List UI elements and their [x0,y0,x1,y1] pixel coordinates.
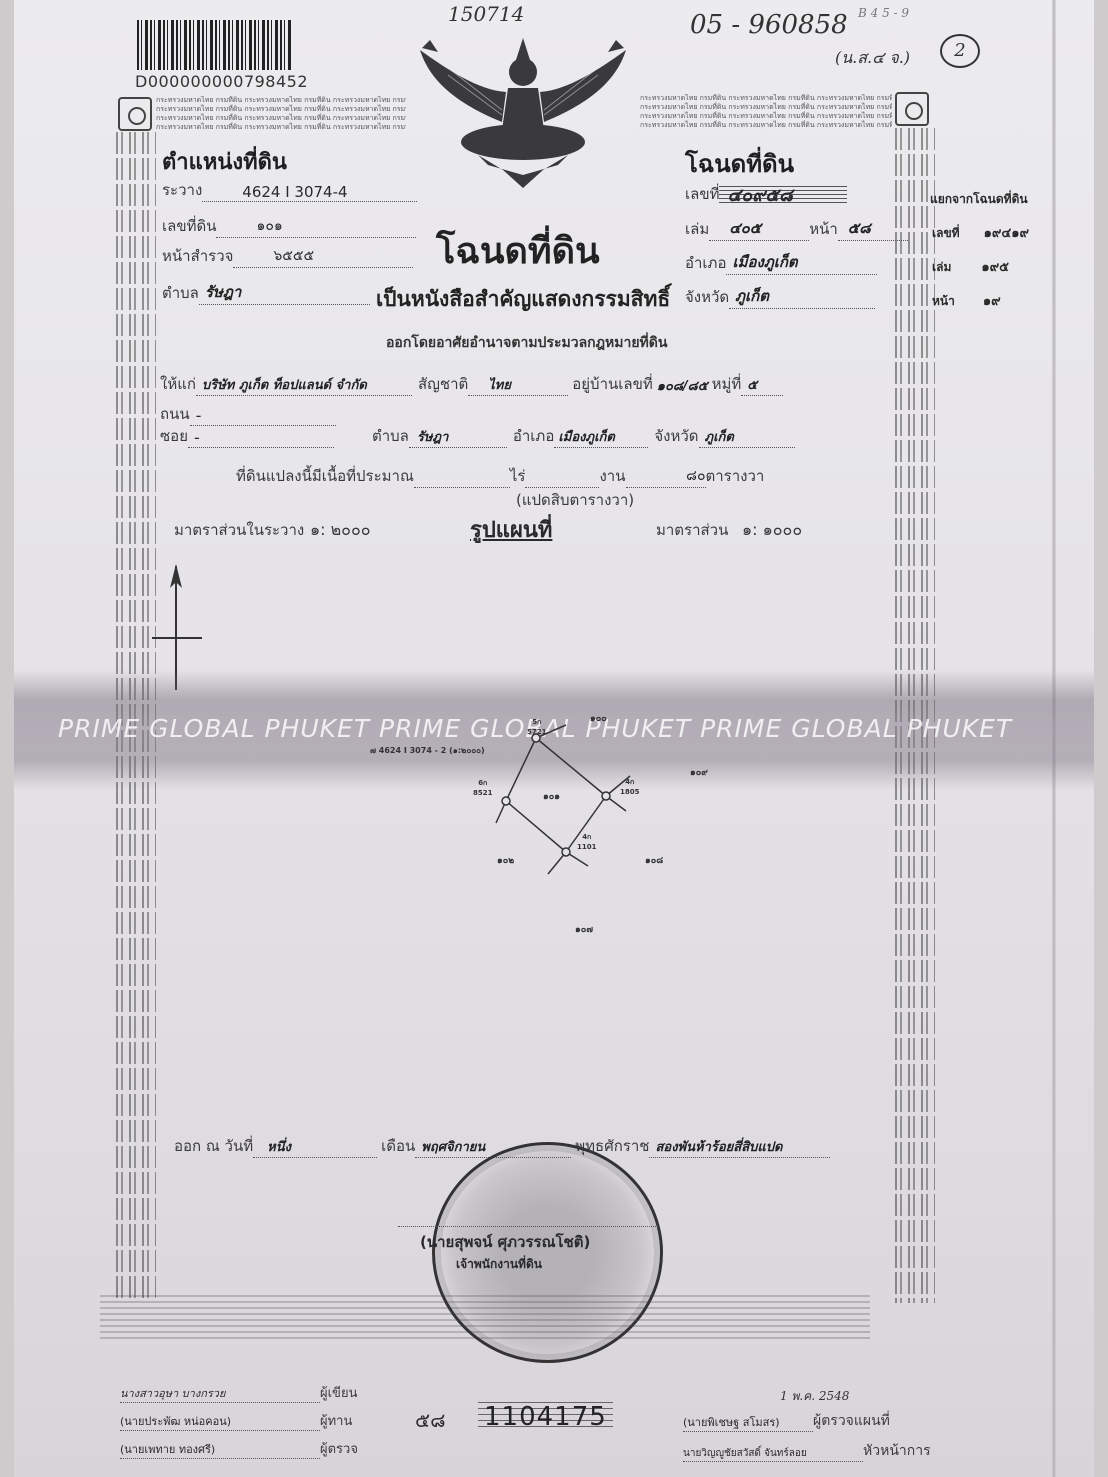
neighbor-parcel: ๑๐๐ [590,711,607,725]
circled-number: 2 [940,34,980,68]
field-label: ซอย [160,424,188,448]
serial-number: 1104175 [478,1402,613,1432]
moo-number: ๕ [741,374,783,396]
section-head-row: นายวิญญูชัยสวัสดิ์ จันทร์ลอย หัวหน้าการ [683,1440,931,1462]
map-sheet-reference: ๗ 4624 I 3074 - 2 (๑:๒๐๐๐) [370,744,485,757]
province-value: ภูเก็ต [729,284,875,309]
marker-8521: 6ก8521 [473,778,492,797]
date-stamp: 1 พ.ค. 2548 [780,1387,849,1406]
barcode-number: D000000000798452 [135,72,308,91]
issue-year: สองพันห้าร้อยสี่สิบแปด [649,1136,830,1158]
map-inspector-row: (นายพิเชษฐ สโมสร) ผู้ตรวจแผนที่ [683,1410,890,1432]
province-value: ภูเก็ต [699,426,795,448]
section-head-role: หัวหน้าการ [863,1440,931,1462]
field-label: เล่ม [685,217,709,241]
field-label: ตำบล [162,281,199,305]
field-label: หน้า [809,217,838,241]
wa-label: ตารางวา [706,464,765,488]
field-survey-page: หน้าสำรวจ ๖๕๕๕ [162,244,413,268]
handwritten-number-top: 150714 [448,2,524,26]
nationality: ไทย [468,374,568,396]
legal-basis: ออกโดยอาศัยอำนาจตามประมวลกฎหมายที่ดิน [386,332,667,354]
field-parcel-number: เลขที่ดิน ๑๐๑ [162,214,416,238]
field-label: สัญชาติ [418,372,468,396]
owner-row: ให้แก่ บริษัท ภูเก็ต ท็อปแลนด์ จำกัด สัญ… [160,372,783,396]
field-label: อำเภอ [685,251,726,275]
field-deed-number: เลขที่ ๔๐๙๕๘ [685,182,847,206]
marker-1101: 4ก1101 [577,832,596,851]
writer-role: ผู้เขียน [320,1382,357,1403]
field-district: อำเภอ เมืองภูเก็ต [685,250,877,275]
wa-value: ๘๐ [626,465,706,488]
field-label: ตำบล [372,424,409,448]
deed-heading: โฉนดที่ดิน [685,144,794,183]
neighbor-parcel: ๑๐๗ [575,922,593,936]
field-label: เล่ม [932,258,951,277]
split-from-heading: แยกจากโฉนดที่ดิน [930,190,1028,209]
book-number: ๔๐๕ [709,216,809,241]
garuda-emblem-icon [408,30,638,190]
road-row: ถนน - [160,402,336,426]
writer-name: นางสาวอุษา บางกรวย [120,1384,320,1403]
field-label: ออก ณ วันที่ [174,1134,253,1158]
map-title: รูปแผนที่ [470,512,552,547]
neighbor-parcel: ๑๐๙ [690,765,708,779]
field-value: ๑๙๕ [981,256,1009,277]
field-label: เลขที่ดิน [162,214,216,238]
copy-artifact-bottom [100,1295,870,1343]
district-value: เมืองภูเก็ต [554,426,648,448]
map-scale: ๑: ๑๐๐๐ [742,518,802,543]
field-label: จังหวัด [685,285,729,309]
field-value: ๑๙ [983,290,1001,311]
scale-label: มาตราส่วน [656,518,728,542]
land-location-heading: ตำแหน่งที่ดิน [162,144,287,179]
subdistrict-value: รัษฎา [409,426,507,448]
field-label: อำเภอ [513,424,554,448]
writer-row: นางสาวอุษา บางกรวย ผู้เขียน [120,1382,357,1403]
corner-ornament-right [895,92,929,126]
field-label: เลขที่ [932,224,960,243]
border-microtext-top-right: กระทรวงมหาดไทย กรมที่ดิน กระทรวงมหาดไทย … [640,94,892,130]
split-from-number: เลขที่ ๑๙๔๑๙ [932,222,1029,243]
field-value: ๖๕๕๕ [233,245,413,268]
split-from-book: เล่ม ๑๙๕ [932,256,1009,277]
border-microtext-top-left: กระทรวงมหาดไทย กรมที่ดิน กระทรวงมหาดไทย … [156,96,406,132]
district-value: เมืองภูเก็ต [726,250,877,275]
field-subdistrict: ตำบล รัษฎา [162,280,370,305]
field-map-sheet: ระวาง 4624 I 3074-4 [162,178,417,202]
area-intro: ที่ดินแปลงนี้มีเนื้อที่ประมาณ [236,464,414,488]
form-code: ๕๘ [415,1404,446,1436]
corner-ornament-left [118,97,152,131]
field-label: หน้า [932,292,955,311]
reviewer-name: (นายประพัฒ หน่อคอน) [120,1412,320,1431]
map-inspector-role: ผู้ตรวจแผนที่ [813,1410,890,1432]
sheet-scale: ๑: ๒๐๐๐ [310,518,370,543]
field-label: หน้าสำรวจ [162,244,233,268]
area-row: ที่ดินแปลงนี้มีเนื้อที่ประมาณ ไร่ งาน ๘๐… [236,464,764,488]
field-value: 4624 I 3074-4 [202,183,417,202]
soi-row: ซอย - ตำบล รัษฎา อำเภอ เมืองภูเก็ต จังหว… [160,424,795,448]
handwritten-ref-number: 05 - 960858 [690,10,848,40]
field-label: จังหวัด [654,424,698,448]
field-province: จังหวัด ภูเก็ต [685,284,875,309]
reviewer-row: (นายประพัฒ หน่อคอน) ผู้ทาน [120,1410,352,1431]
page-number: ๕๘ [838,216,908,241]
ngan-label: งาน [599,464,625,488]
sheet-scale-label: มาตราส่วนในระวาง [174,518,304,542]
field-label: ถนน [160,402,190,426]
field-value: ๑๐๑ [216,215,416,238]
neighbor-parcel: ๑๐๘ [645,853,663,867]
handwritten-faint-note: B 4 5 - 9 [858,6,909,20]
rai-label: ไร่ [510,464,526,488]
deed-number: ๔๐๙๕๘ [719,186,847,206]
parcel-number: ๑๐๑ [543,789,560,803]
area-in-words: (แปดสิบตารางวา) [516,488,634,512]
field-label: อยู่บ้านเลขที่ [572,372,652,396]
split-from-page: หน้า ๑๙ [932,290,1001,311]
marker-1805: 4ก1805 [620,777,639,796]
signature-line [398,1226,658,1227]
field-label: ระวาง [162,178,202,202]
subtitle: เป็นหนังสือสำคัญแสดงกรรมสิทธิ์ [376,283,670,316]
map-inspector-name: (นายพิเชษฐ สโมสร) [683,1413,813,1432]
neighbor-parcel: ๑๐๒ [497,853,514,867]
handwritten-note: (น.ส.๔ จ.) [835,46,910,71]
owner-name: บริษัท ภูเก็ต ท็อปแลนด์ จำกัด [196,374,412,396]
barcode [137,20,292,70]
field-value: รัษฎา [199,280,370,305]
inspector-role: ผู้ตรวจ [320,1438,358,1459]
field-label: ให้แก่ [160,372,196,396]
soi-value: - [188,428,334,448]
field-value: ๑๙๔๑๙ [984,222,1029,243]
house-number: ๑๐๘/๘๕ [653,375,712,396]
signer-name: (นายสุพจน์ ศุภวรรณโชติ) [420,1230,590,1254]
reviewer-role: ผู้ทาน [320,1410,352,1431]
issue-day: หนึ่ง [253,1136,377,1158]
field-label: หมู่ที่ [712,372,742,396]
inspector-name: (นายเพทาย ทองศรี) [120,1440,320,1459]
signer-title: เจ้าพนักงานที่ดิน [456,1255,542,1274]
main-title: โฉนดที่ดิน [436,222,600,279]
field-label: เดือน [381,1134,415,1158]
field-book-page: เล่ม ๔๐๕ หน้า ๕๘ [685,216,908,241]
marker-5721: 5ก5721 [527,717,546,736]
rai-value [414,487,510,488]
field-label: เลขที่ [685,182,719,206]
section-head-name: นายวิญญูชัยสวัสดิ์ จันทร์ลอย [683,1446,863,1462]
inspector-row: (นายเพทาย ทองศรี) ผู้ตรวจ [120,1438,358,1459]
road-value: - [190,406,336,426]
